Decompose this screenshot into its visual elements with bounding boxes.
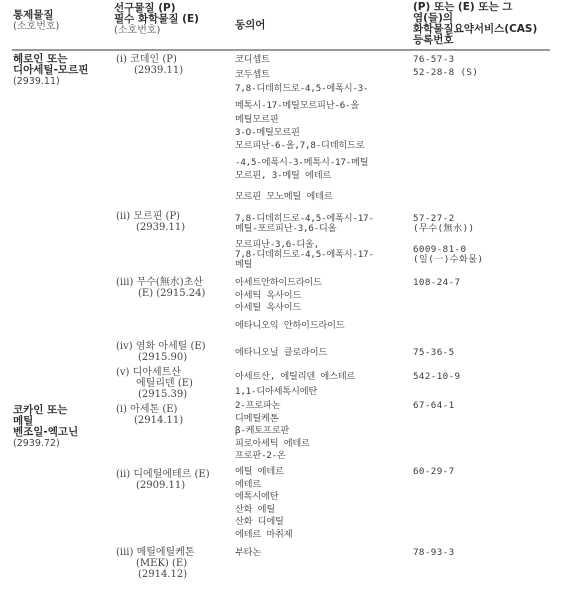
synonym-item: 모르핀 모노메틸 에테르 (235, 191, 368, 204)
precursor-code: (2939.11) (116, 222, 185, 233)
precursor-label: (iii) 무수(無水)초산 (116, 277, 205, 288)
synonym-item: 코디셉트 (235, 54, 368, 67)
precursor-code: (2939.11) (116, 65, 183, 76)
header-precursor-line2: 필수 화학물질 (E) (114, 14, 199, 25)
precursor-morphine: (ii) 모르핀 (P) (2939.11) (116, 211, 185, 233)
synonym-item: 1,1-디아세톡시에탄 (235, 386, 355, 399)
synonym-item: 에틸 에테르 (235, 466, 292, 479)
header-cas-line4: 등록번호 (413, 35, 537, 46)
cas-acetone: 67-64-1 (413, 400, 455, 412)
precursor-code: (E) (2915.24) (116, 288, 205, 299)
precursor-mek: (iii) 메틸에틸케톤 (MEK) (E) (2914.12) (116, 547, 195, 580)
precursor-code: (2914.12) (116, 569, 195, 580)
cas-number: 52-28-8 (S) (413, 67, 478, 79)
synonym-item: 에테르 (235, 479, 292, 492)
cas-morphine: 57-27-2 (무수(無水)) 6009-81-0 (일(一)수화물) (413, 214, 483, 265)
precursor-label: (ii) 모르핀 (P) (116, 211, 185, 222)
synonym-item: 에타니오닐 클로라이드 (235, 347, 327, 360)
precursor-label: (i) 코데인 (P) (116, 54, 183, 65)
precursor-code: (2915.39) (116, 389, 193, 400)
precursor-ethylidene-diacetate: (v) 디아세트산 에틸리덴 (E) (2915.39) (116, 367, 193, 400)
precursor-acetone: (i) 아세톤 (E) (2914.11) (116, 404, 183, 426)
synonym-item: 산화 에틸 (235, 504, 292, 517)
synonym-item: -4,5-에폭시-3-메톡시-17-메틸 (235, 157, 368, 170)
synonyms-acetyl-chloride: 에타니오닐 클로라이드 (235, 347, 327, 360)
synonym-item: 아세트안하이드라이드 (235, 277, 344, 290)
synonyms-acetone: 2-프로파논 디메틸케톤 β-케토프로판 피로아세틱 에테르 프로판-2-온 (235, 400, 310, 463)
synonym-item: 아세트산, 에틸리덴 에스테르 (235, 371, 355, 384)
precursor-diethyl-ether: (ii) 디에틸에테르 (E) (2909.11) (116, 469, 210, 491)
synonym-item: 에테르 마취제 (235, 529, 292, 542)
synonym-item: 프로판-2-온 (235, 450, 310, 463)
synonym-item: 3-O-메틸모르핀 (235, 127, 368, 140)
header-divider-right (275, 49, 550, 51)
cas-diethyl-ether: 60-29-7 (413, 466, 455, 478)
synonym-item: 메틸 (235, 260, 374, 270)
synonym-item: 2-프로파논 (235, 400, 310, 413)
controlled-heroin: 헤로인 또는 디아세틸-모르핀 (2939.11) (13, 54, 88, 87)
precursor-label: (v) 디아세트산 (116, 367, 193, 378)
synonym-item: 디메틸케톤 (235, 413, 310, 426)
precursor-codeine: (i) 코데인 (P) (2939.11) (116, 54, 183, 76)
controlled-name-line2: 디아세틸-모르핀 (13, 65, 88, 76)
precursor-label: (iv) 염화 아세틸 (E) (116, 341, 206, 352)
controlled-cocaine: 코카인 또는 메틸 벤조일-엑고닌 (2939.72) (13, 405, 78, 449)
synonym-item: 산화 디에틸 (235, 516, 292, 529)
precursor-code: (2915.90) (116, 352, 206, 363)
synonyms-acetic-anhydride: 아세트안하이드라이드 아세틱 옥사이드 아세틸 옥사이드 에타니오익 안하이드라… (235, 277, 344, 332)
cas-ethylidene-diacetate: 542-10-9 (413, 371, 460, 383)
precursor-acetyl-chloride: (iv) 염화 아세틸 (E) (2915.90) (116, 341, 206, 363)
synonym-item: 메톡시-17-메틸모르피난-6-올 (235, 100, 368, 113)
synonym-item: 아세틱 옥사이드 (235, 290, 344, 303)
precursor-label: (i) 아세톤 (E) (116, 404, 183, 415)
synonym-item: 피로아세틱 에테르 (235, 438, 310, 451)
synonyms-mek: 부타논 (235, 547, 261, 560)
controlled-code: (2939.11) (13, 76, 88, 87)
cas-codeine: 76-57-3 52-28-8 (S) (413, 54, 478, 79)
header-controlled-substance: 통제물질 (소호번호) (13, 10, 59, 32)
precursor-acetic-anhydride: (iii) 무수(無水)초산 (E) (2915.24) (116, 277, 205, 299)
header-precursor: 선구물질 (P) 필수 화학물질 (E) (소호번호) (114, 3, 199, 36)
synonyms-ethylidene-diacetate: 아세트산, 에틸리덴 에스테르 1,1-디아세톡시에탄 (235, 371, 355, 398)
synonym-item: 코두셉트 (235, 69, 368, 82)
synonym-item: 에톡시에탄 (235, 491, 292, 504)
header-cas: (P) 또는 (E) 또는 그 염(들)의 화학물질요약서비스(CAS) 등록번… (413, 2, 537, 46)
synonym-item: 7,8-디데히드로-4,5-에폭시-17- (235, 250, 374, 260)
synonym-item: 메틸-포르피난-3,6-디올 (235, 224, 374, 234)
precursor-label-2: 에틸리덴 (E) (116, 378, 193, 389)
cas-note: (일(一)수화물) (413, 255, 483, 265)
precursor-code: (2909.11) (116, 480, 210, 491)
cas-note: (무수(無水)) (413, 224, 483, 234)
cas-number: 76-57-3 (413, 54, 478, 66)
controlled-name-line3: 벤조일-엑고닌 (13, 427, 78, 438)
synonym-item: 7,8-디데히드로-4,5-에폭시-3- (235, 83, 368, 96)
header-controlled-title: 통제물질 (13, 10, 59, 21)
controlled-code: (2939.72) (13, 438, 78, 449)
synonym-item: β-케토프로판 (235, 425, 310, 438)
precursor-label-2: (MEK) (E) (116, 558, 195, 569)
synonym-item: 에타니오익 안하이드라이드 (235, 320, 344, 333)
synonyms-codeine: 코디셉트 코두셉트 7,8-디데히드로-4,5-에폭시-3- 메톡시-17-메틸… (235, 54, 368, 203)
synonym-item: 부타논 (235, 547, 261, 560)
precursor-label: (iii) 메틸에틸케톤 (116, 547, 195, 558)
synonym-item: 아세틸 옥사이드 (235, 302, 344, 315)
synonyms-morphine: 7,8-디데히드로-4,5-에폭시-17- 메틸-포르피난-3,6-디올 모르피… (235, 214, 374, 270)
header-precursor-sub: (소호번호) (114, 25, 199, 36)
precursor-code: (2914.11) (116, 415, 183, 426)
cas-acetyl-chloride: 75-36-5 (413, 347, 455, 359)
header-divider (12, 49, 275, 51)
precursor-label: (ii) 디에틸에테르 (E) (116, 469, 210, 480)
synonym-item: 모르핀, 3-메틸 에테르 (235, 170, 368, 183)
cas-acetic-anhydride: 108-24-7 (413, 277, 460, 289)
synonym-item: 모르피난-6-올,7,8-디데히드로 (235, 140, 368, 153)
header-synonyms: 동의어 (235, 20, 265, 31)
header-controlled-sub: (소호번호) (13, 21, 59, 32)
synonym-item: 메틸모르핀 (235, 114, 368, 127)
cas-mek: 78-93-3 (413, 547, 455, 559)
synonyms-diethyl-ether: 에틸 에테르 에테르 에톡시에탄 산화 에틸 산화 디에틸 에테르 마취제 (235, 466, 292, 541)
